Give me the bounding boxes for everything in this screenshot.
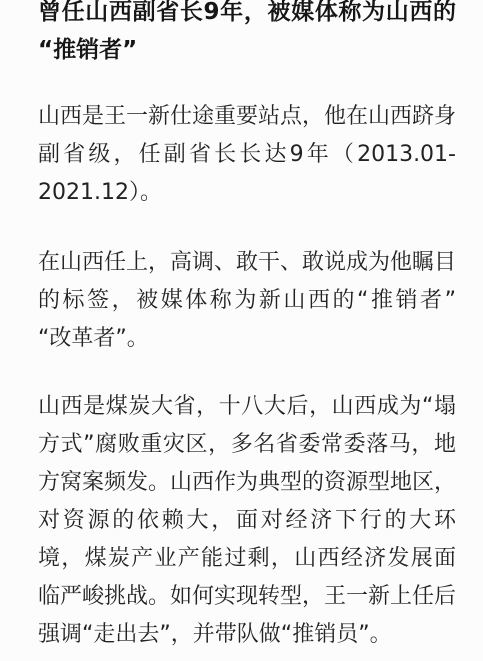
paragraph-line: 临严峻挑战。如何实现转型，王一新上任后 — [38, 578, 456, 616]
title-line: 曾任山西副省长9年，被媒体称为山西的 — [38, 0, 456, 31]
paragraph-3: 山西是煤炭大省，十八大后，山西成为“塌 方式”腐败重灾区，多名省委常委落马，地 … — [38, 388, 456, 654]
paragraph-line: 方窝案频发。山西作为典型的资源型地区， — [38, 464, 456, 502]
paragraph-line: 强调“走出去”，并带队做“推销员”。 — [38, 616, 456, 654]
paragraph-1: 山西是王一新仕途重要站点，他在山西跻身 副省级，任副省长长达9年（2013.01… — [38, 98, 456, 212]
paragraph-line: 山西是王一新仕途重要站点，他在山西跻身 — [38, 98, 456, 136]
paragraph-2: 在山西任上，高调、敢干、敢说成为他瞩目 的标签，被媒体称为新山西的“推销者” “… — [38, 244, 456, 358]
paragraph-line: 境，煤炭产业产能过剩，山西经济发展面 — [38, 540, 456, 578]
paragraph-line: 方式”腐败重灾区，多名省委常委落马，地 — [38, 426, 456, 464]
paragraph-line: “改革者”。 — [38, 320, 456, 358]
paragraph-line: 2021.12）。 — [38, 174, 456, 212]
paragraph-line: 山西是煤炭大省，十八大后，山西成为“塌 — [38, 388, 456, 426]
title-line: “推销者” — [38, 31, 456, 69]
paragraph-line: 的标签，被媒体称为新山西的“推销者” — [38, 282, 456, 320]
article-title: 曾任山西副省长9年，被媒体称为山西的 “推销者” — [38, 0, 456, 69]
paragraph-line: 副省级，任副省长长达9年（2013.01- — [38, 136, 456, 174]
paragraph-line: 在山西任上，高调、敢干、敢说成为他瞩目 — [38, 244, 456, 282]
paragraph-line: 对资源的依赖大，面对经济下行的大环 — [38, 502, 456, 540]
